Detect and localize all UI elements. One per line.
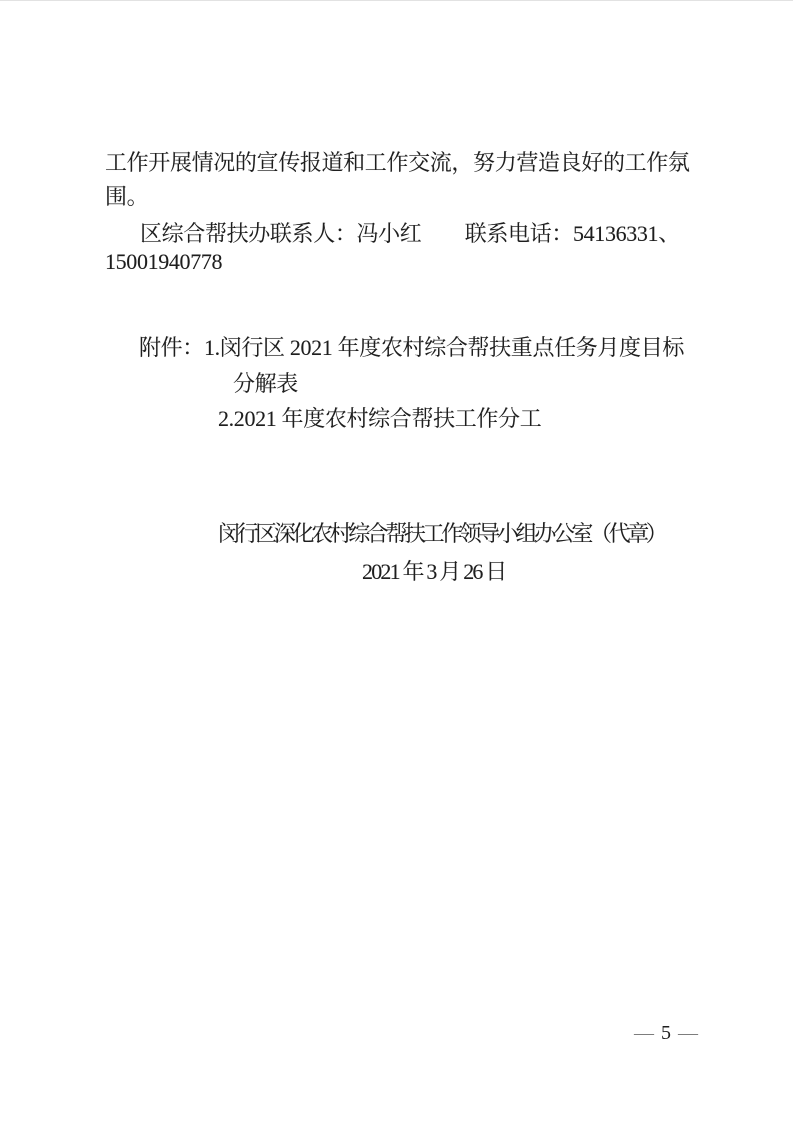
page-number: —5— — [610, 1003, 699, 1063]
issuing-office-signature: 闵行区深化农村综合帮扶工作领导小组办公室（代章） — [218, 523, 664, 545]
attachment-list-line-2: 分解表 — [233, 373, 298, 395]
page-number-value: 5 — [655, 1022, 678, 1044]
contact-info-line-2: 15001940778 — [105, 251, 222, 273]
contact-info-line-1: 区综合帮扶办联系人：冯小红 联系电话：54136331、 — [140, 223, 680, 245]
closing-paragraph-line-1: 工作开展情况的宣传报道和工作交流，努力营造良好的工作氛 — [105, 152, 690, 174]
page-number-right-dash: — — [678, 1022, 699, 1044]
closing-paragraph-line-2: 围。 — [105, 186, 148, 208]
attachment-list-line-1: 附件：1.闵行区 2021 年度农村综合帮扶重点任务月度目标 — [139, 337, 684, 359]
document-page: 工作开展情况的宣传报道和工作交流，努力营造良好的工作氛 围。 区综合帮扶办联系人… — [0, 0, 793, 1122]
attachment-list-line-3: 2.2021 年度农村综合帮扶工作分工 — [218, 408, 541, 430]
issue-date: 2021 年 3 月 26 日 — [362, 561, 506, 583]
page-number-left-dash: — — [634, 1022, 655, 1044]
